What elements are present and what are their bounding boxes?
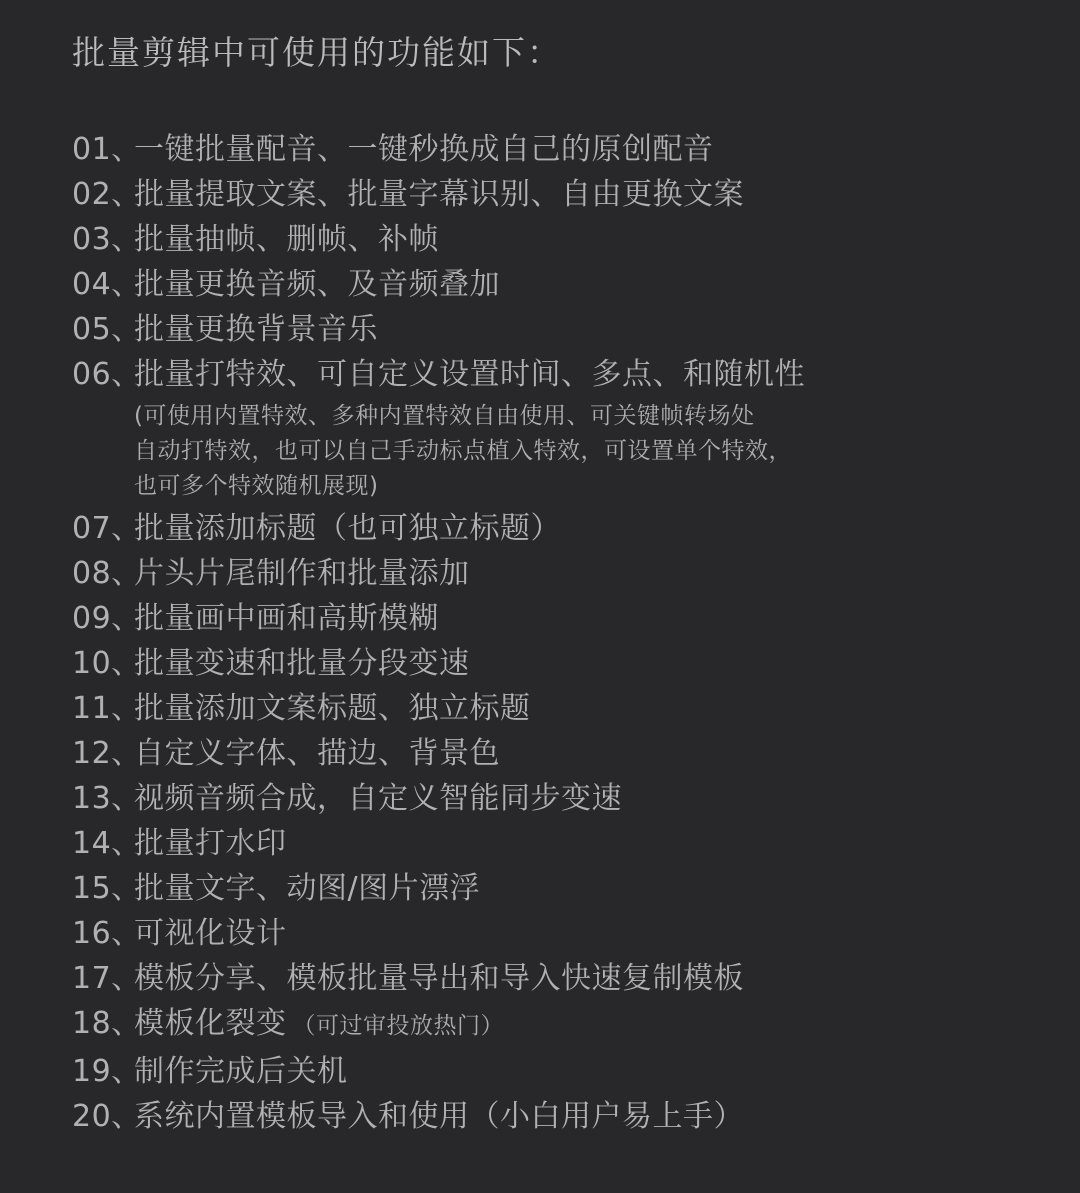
item-text: 批量提取文案、批量字幕识别、自由更换文案 (134, 172, 744, 217)
item-text: 批量添加文案标题、独立标题 (134, 686, 531, 731)
item-number: 15、 (72, 866, 134, 911)
item-number: 20、 (72, 1094, 134, 1139)
item-note-line: (可使用内置特效、多种内置特效自由使用、可关键帧转场处 (134, 399, 1040, 434)
list-item: 07、 批量添加标题（也可独立标题） (72, 506, 1040, 551)
list-item: 13、 视频音频合成，自定义智能同步变速 (72, 776, 1040, 821)
item-note: (可使用内置特效、多种内置特效自由使用、可关键帧转场处自动打特效，也可以自己手动… (134, 397, 1040, 506)
list-item: 14、 批量打水印 (72, 821, 1040, 866)
item-text: 批量更换背景音乐 (134, 307, 378, 352)
item-text: 可视化设计 (134, 911, 287, 956)
item-text: 自定义字体、描边、背景色 (134, 731, 500, 776)
item-text: 批量打特效、可自定义设置时间、多点、和随机性 (134, 352, 805, 397)
list-item: 02、 批量提取文案、批量字幕识别、自由更换文案 (72, 172, 1040, 217)
list-item: 05、 批量更换背景音乐 (72, 307, 1040, 352)
list-item: 10、 批量变速和批量分段变速 (72, 641, 1040, 686)
item-number: 07、 (72, 506, 134, 551)
item-number: 18、 (72, 1001, 134, 1046)
item-number: 17、 (72, 956, 134, 1001)
item-text: 一键批量配音、一键秒换成自己的原创配音 (134, 127, 714, 172)
item-number: 13、 (72, 776, 134, 821)
item-note-line: 自动打特效，也可以自己手动标点植入特效，可设置单个特效， (134, 434, 1040, 469)
item-text: 模板分享、模板批量导出和导入快速复制模板 (134, 956, 744, 1001)
item-number: 02、 (72, 172, 134, 217)
list-item: 15、 批量文字、动图/图片漂浮 (72, 866, 1040, 911)
list-item: 11、 批量添加文案标题、独立标题 (72, 686, 1040, 731)
feature-list-page: 批量剪辑中可使用的功能如下： 01、 一键批量配音、一键秒换成自己的原创配音 0… (0, 0, 1080, 1193)
list-item: 08、 片头片尾制作和批量添加 (72, 551, 1040, 596)
list-item: 01、 一键批量配音、一键秒换成自己的原创配音 (72, 127, 1040, 172)
page-title: 批量剪辑中可使用的功能如下： (72, 31, 1040, 75)
item-text: 批量文字、动图/图片漂浮 (134, 866, 480, 911)
item-number: 09、 (72, 596, 134, 641)
item-number: 08、 (72, 551, 134, 596)
item-number: 19、 (72, 1049, 134, 1094)
item-number: 03、 (72, 217, 134, 262)
item-text: 批量打水印 (134, 821, 287, 866)
item-text: 制作完成后关机 (134, 1049, 348, 1094)
item-text: 批量更换音频、及音频叠加 (134, 262, 500, 307)
list-item: 04、 批量更换音频、及音频叠加 (72, 262, 1040, 307)
list-item: 06、 批量打特效、可自定义设置时间、多点、和随机性 (72, 352, 1040, 397)
item-number: 16、 (72, 911, 134, 956)
item-number: 01、 (72, 127, 134, 172)
item-number: 04、 (72, 262, 134, 307)
list-item: 09、 批量画中画和高斯模糊 (72, 596, 1040, 641)
item-number: 10、 (72, 641, 134, 686)
item-text: 批量添加标题（也可独立标题） (134, 506, 561, 551)
item-text: 片头片尾制作和批量添加 (134, 551, 470, 596)
list-item: 19、 制作完成后关机 (72, 1049, 1040, 1094)
list-item: 16、 可视化设计 (72, 911, 1040, 956)
list-item: 12、 自定义字体、描边、背景色 (72, 731, 1040, 776)
item-text: 模板化裂变 (134, 1001, 287, 1046)
list-item: 20、 系统内置模板导入和使用（小白用户易上手） (72, 1094, 1040, 1139)
item-number: 05、 (72, 307, 134, 352)
feature-list: 01、 一键批量配音、一键秒换成自己的原创配音 02、 批量提取文案、批量字幕识… (72, 127, 1040, 1139)
item-number: 14、 (72, 821, 134, 866)
item-number: 06、 (72, 352, 134, 397)
list-item: 03、 批量抽帧、删帧、补帧 (72, 217, 1040, 262)
list-item: 17、 模板分享、模板批量导出和导入快速复制模板 (72, 956, 1040, 1001)
item-note-line: 也可多个特效随机展现) (134, 469, 1040, 504)
item-text: 批量变速和批量分段变速 (134, 641, 470, 686)
item-text: 系统内置模板导入和使用（小白用户易上手） (134, 1094, 744, 1139)
item-text: 批量画中画和高斯模糊 (134, 596, 439, 641)
item-text: 批量抽帧、删帧、补帧 (134, 217, 439, 262)
item-number: 12、 (72, 731, 134, 776)
item-suffix: （可过审投放热门） (293, 1004, 505, 1049)
item-text: 视频音频合成，自定义智能同步变速 (134, 776, 622, 821)
item-number: 11、 (72, 686, 134, 731)
list-item: 18、 模板化裂变 （可过审投放热门） (72, 1001, 1040, 1049)
